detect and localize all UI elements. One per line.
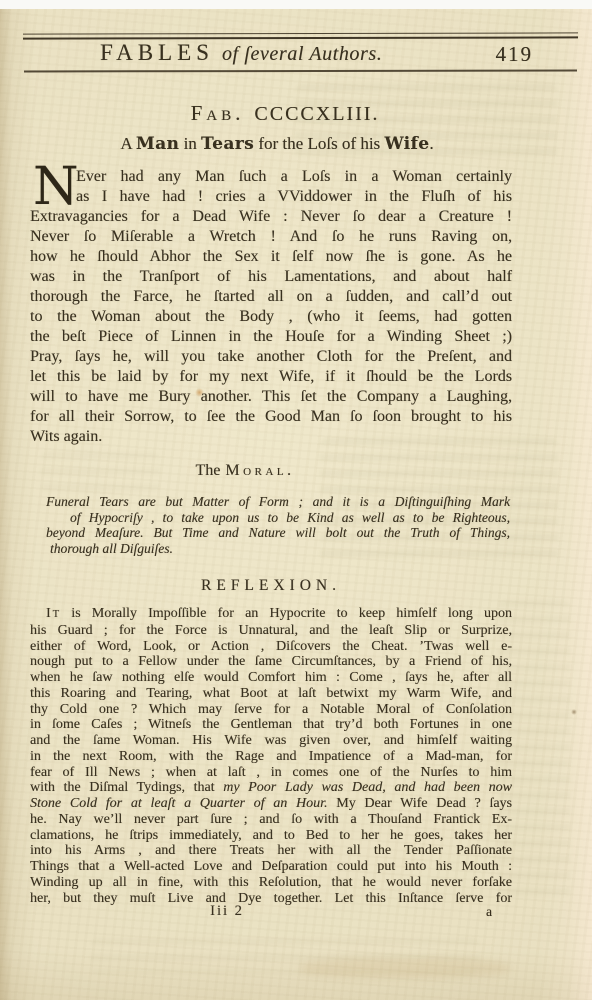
running-head: FABLESof ſeveral Authors. 419 (24, 40, 578, 68)
fable-label: Fab. (191, 101, 245, 125)
signature-mark: Iii 2 (0, 903, 468, 920)
moral-heading: TheMoral. (4, 462, 486, 480)
catchword: a (486, 904, 492, 920)
fable-paragraph: N Ever had any Man ſuch a Loſs in a Woma… (30, 167, 512, 447)
fable-text-lines: Ever had any Man ſuch a Loſs in a Woman … (30, 167, 512, 447)
page-footer: Iii 2 a (30, 903, 512, 923)
running-head-title: FABLESof ſeveral Authors. (100, 40, 382, 66)
moral-heading-word: Moral. (225, 462, 294, 479)
foxing-spot (300, 958, 510, 978)
drop-cap-initial: N (30, 165, 76, 204)
fable-roman-numeral: CCCCXLIII. (254, 103, 379, 125)
moral-heading-prefix: The (195, 462, 220, 479)
reflexion-paragraph: IT is Morally Impoſſible for an Hypocrit… (30, 606, 512, 906)
fable-number-heading: Fab.CCCCXLIII. (44, 101, 526, 126)
scanner-edge-band (0, 0, 592, 9)
scanned-book-page: FABLESof ſeveral Authors. 419 Fab.CCCCXL… (0, 0, 592, 1000)
reflexion-heading: REFLEXION. (30, 577, 512, 595)
moral-paragraph: Funeral Tears are but Matter of Form ; a… (46, 494, 510, 556)
double-rule (23, 32, 578, 39)
running-head-italic: of ſeveral Authors. (222, 43, 382, 65)
foxing-spot (571, 709, 577, 715)
fable-title: A Man in Tears for the Loſs of his Wife. (36, 134, 518, 154)
page-number: 419 (496, 42, 534, 67)
running-head-caps: FABLES (100, 40, 214, 65)
